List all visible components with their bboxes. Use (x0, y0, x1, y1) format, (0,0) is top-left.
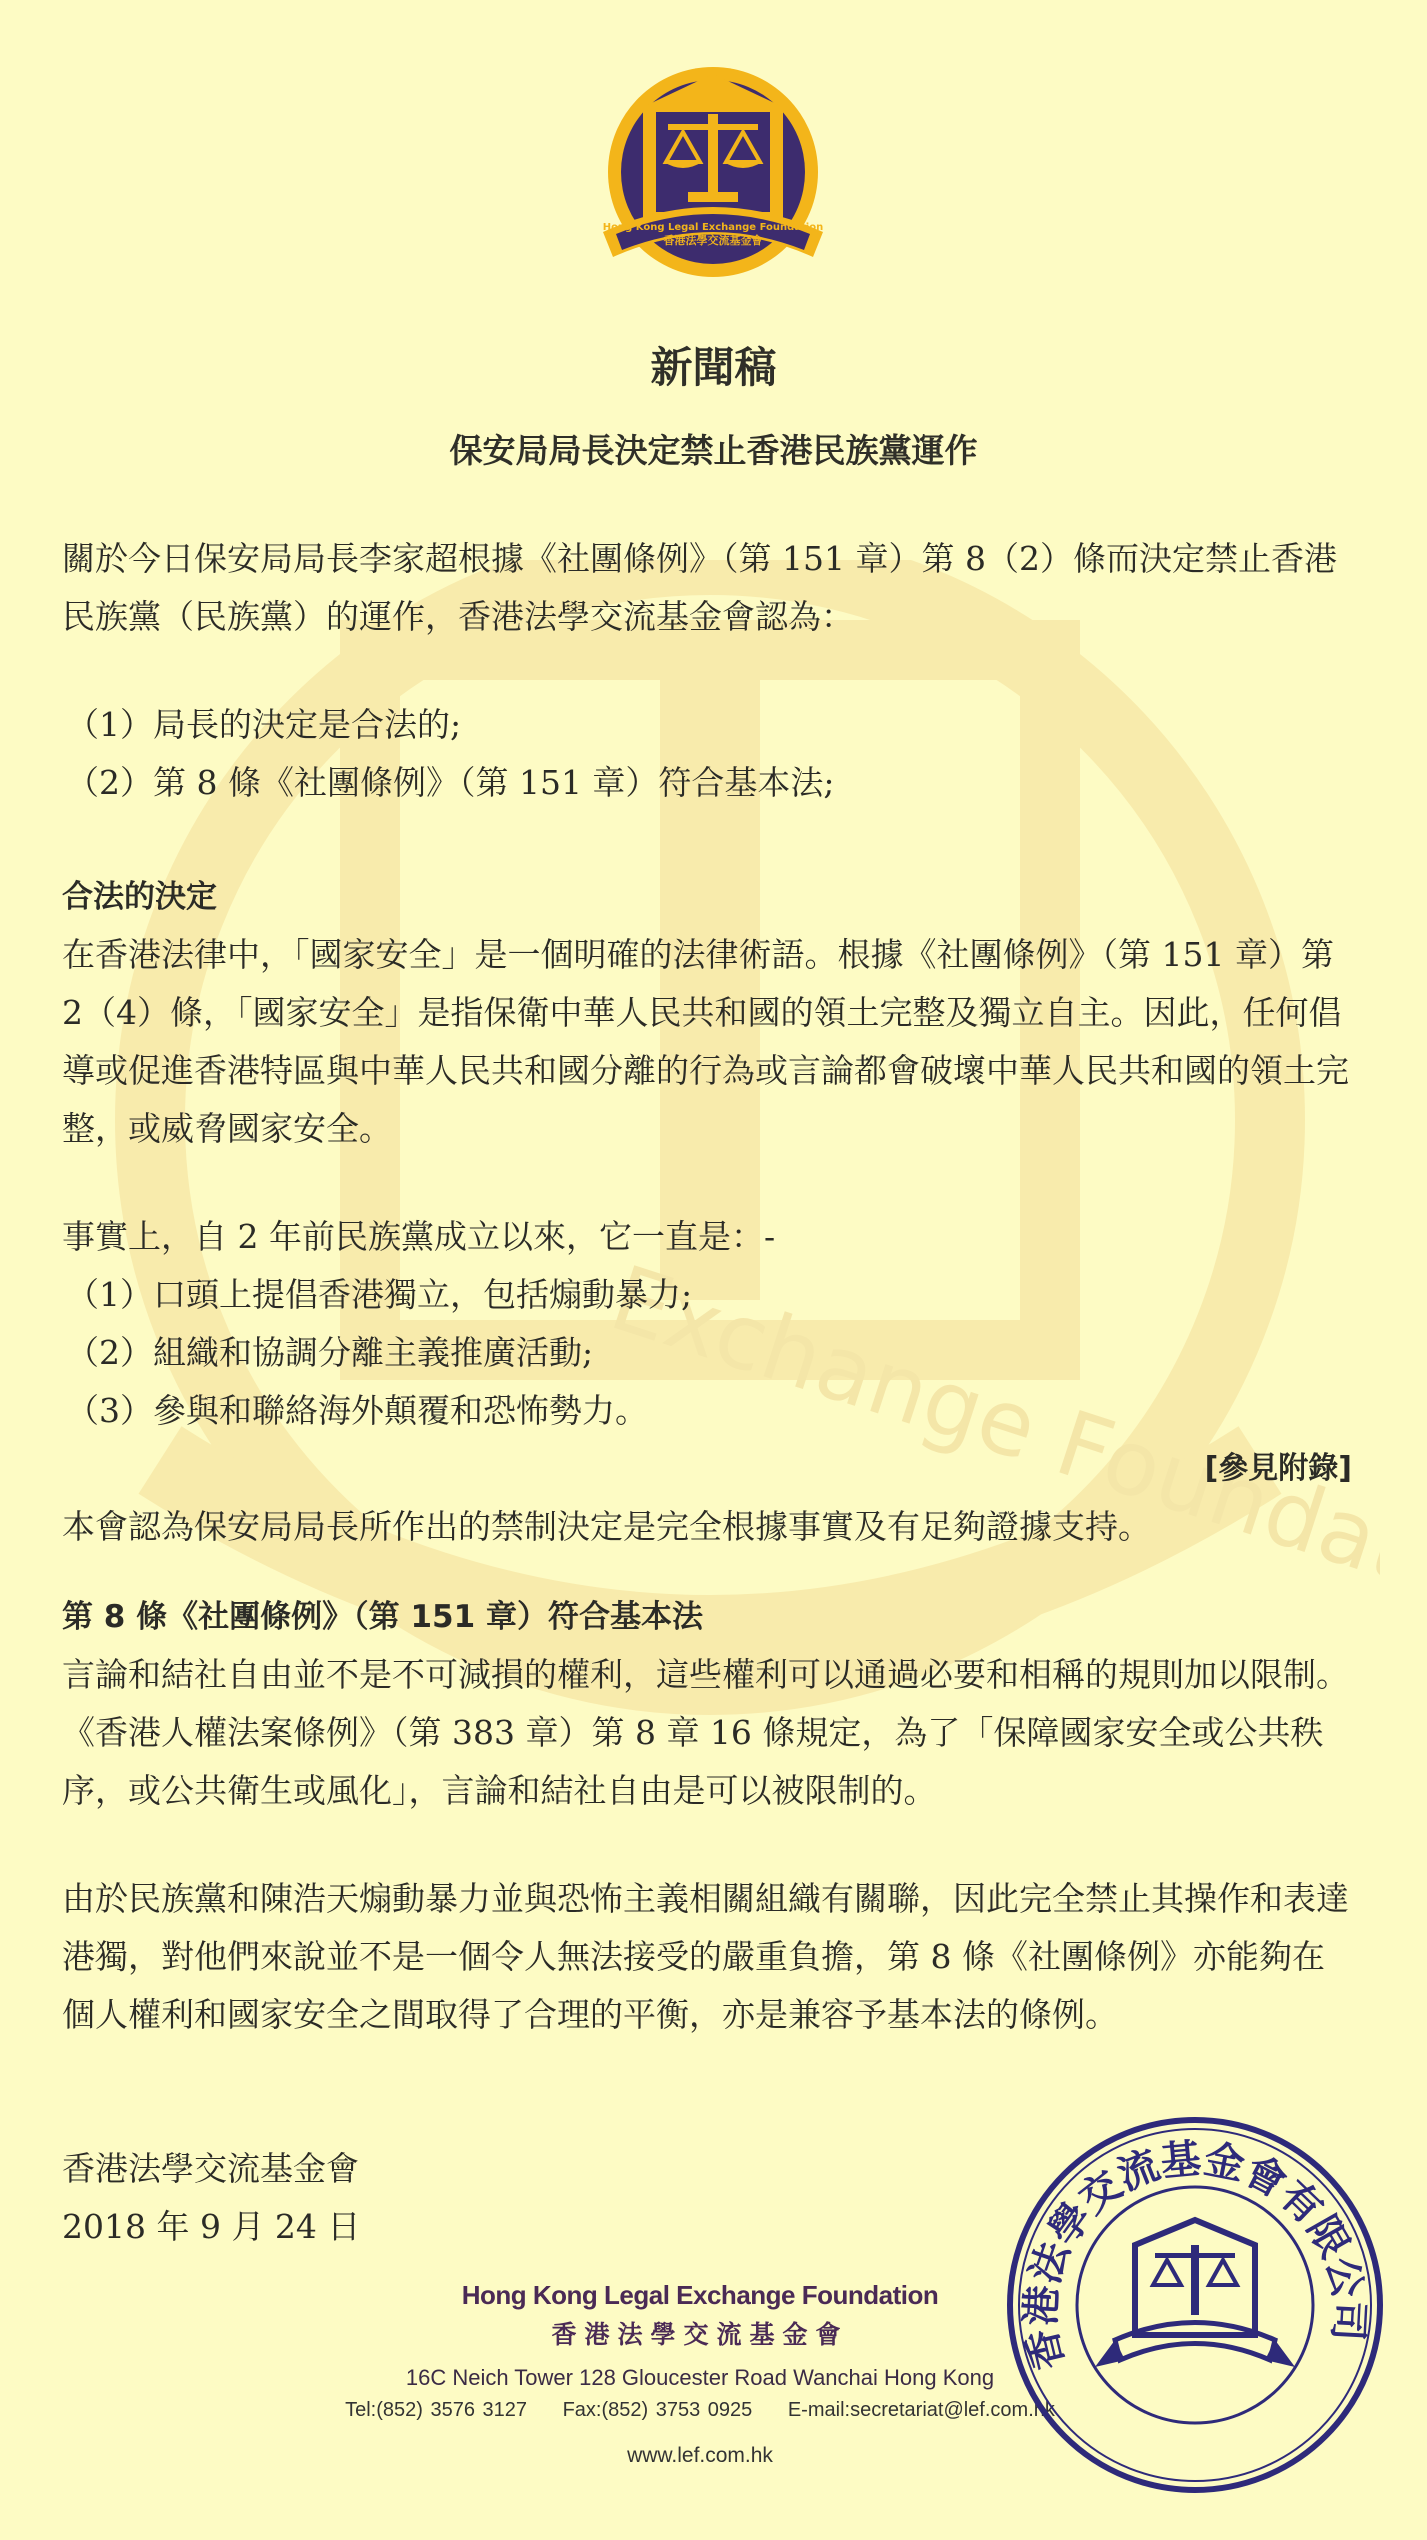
fact-item-1: （1）口頭上提倡香港獨立，包括煽動暴力; (62, 1266, 1352, 1324)
footer-org-name-zh: 香港法學交流基金會 (300, 2315, 1100, 2351)
signature-organization: 香港法學交流基金會 (62, 2140, 360, 2198)
lawful-decision-section: 合法的決定 在香港法律中，「國家安全」是一個明確的法律術語。根據《社團條例》（第… (62, 868, 1352, 1556)
letterhead-footer: Hong Kong Legal Exchange Foundation 香港法學… (300, 2280, 1100, 2468)
footer-contact: Tel:(852) 3576 3127 Fax:(852) 3753 0925 … (300, 2399, 1100, 2422)
appendix-reference: [參見附錄] (62, 1440, 1352, 1498)
footer-tel: Tel:(852) 3576 3127 (345, 2399, 527, 2421)
document-subtitle: 保安局局長決定禁止香港民族黨運作 (0, 425, 1427, 472)
section-heading-basic-law: 第 8 條《社團條例》（第 151 章）符合基本法 (62, 1588, 1352, 1646)
basic-law-section: 第 8 條《社團條例》（第 151 章）符合基本法 言論和結社自由並不是不可減損… (62, 1588, 1352, 2044)
footer-address: 16C Neich Tower 128 Gloucester Road Wanc… (300, 2365, 1100, 2391)
document-title: 新聞稿 (0, 335, 1427, 395)
intro-point-1: （1）局長的決定是合法的; (62, 696, 1352, 754)
svg-text:Hong Kong Legal Exchange Found: Hong Kong Legal Exchange Foundation (603, 222, 823, 233)
fact-item-3: （3）參與和聯絡海外顛覆和恐怖勢力。 (62, 1382, 1352, 1440)
signature-date: 2018 年 9 月 24 日 (62, 2198, 360, 2256)
company-seal-stamp: 香港法學交流基金會有限公司 (995, 2105, 1395, 2505)
intro-paragraph: 關於今日保安局局長李家超根據《社團條例》（第 151 章）第 8（2）條而決定禁… (62, 530, 1352, 646)
intro-point-2: （2）第 8 條《社團條例》（第 151 章）符合基本法; (62, 754, 1352, 812)
foundation-logo: Hong Kong Legal Exchange Foundation 香港法學… (588, 52, 838, 292)
footer-org-name-en: Hong Kong Legal Exchange Foundation (300, 2280, 1100, 2311)
section-heading-lawful: 合法的決定 (62, 868, 1352, 926)
lawful-paragraph: 在香港法律中，「國家安全」是一個明確的法律術語。根據《社團條例》（第 151 章… (62, 926, 1352, 1158)
svg-text:香港法學交流基金會: 香港法學交流基金會 (664, 233, 763, 247)
lawful-conclusion: 本會認為保安局局長所作出的禁制決定是完全根據事實及有足夠證據支持。 (62, 1498, 1352, 1556)
facts-intro: 事實上，自 2 年前民族黨成立以來，它一直是：- (62, 1208, 1352, 1266)
basic-law-paragraph-2: 由於民族黨和陳浩天煽動暴力並與恐怖主義相關組織有關聯，因此完全禁止其操作和表達港… (62, 1870, 1352, 2044)
footer-fax: Fax:(852) 3753 0925 (563, 2399, 753, 2421)
fact-item-2: （2）組織和協調分離主義推廣活動; (62, 1324, 1352, 1382)
basic-law-paragraph-1: 言論和結社自由並不是不可減損的權利，這些權利可以通過必要和相稱的規則加以限制。 … (62, 1646, 1352, 1820)
intro-section: 關於今日保安局局長李家超根據《社團條例》（第 151 章）第 8（2）條而決定禁… (62, 530, 1352, 812)
signature-block: 香港法學交流基金會 2018 年 9 月 24 日 (62, 2140, 360, 2256)
footer-website[interactable]: www.lef.com.hk (300, 2444, 1100, 2468)
